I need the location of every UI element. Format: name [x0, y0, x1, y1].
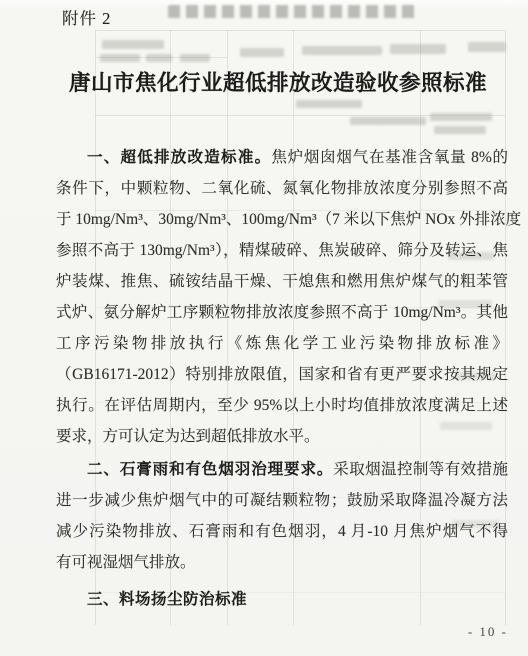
text-line: 进一步减少焦炉烟气中的可凝结颗粒物；鼓励采取降温冷凝方法: [56, 485, 508, 516]
text-line: 执行。在评估周期内，至少 95%以上小时均值排放浓度满足上述: [56, 390, 508, 421]
body-text-segment: 执行。在评估周期内，至少 95%以上小时均值排放浓度满足上述: [56, 397, 508, 414]
body-text-segment: 条件下，中颗粒物、二氧化硫、氮氧化物排放浓度分别参照不高: [56, 180, 508, 197]
attachment-label: 附件 2: [62, 5, 111, 29]
body-text-segment: 参照不高于 130mg/Nm³），精煤破碎、焦炭破碎、筛分及转运、焦: [56, 242, 508, 259]
section-heading-text: 三、料场扬尘防治标准: [87, 591, 247, 608]
text-line: 条件下，中颗粒物、二氧化硫、氮氧化物排放浓度分别参照不高: [56, 173, 508, 204]
body-text-segment: 减少污染物排放、石膏雨和有色烟羽，4 月-10 月焦炉烟气不得: [56, 523, 508, 540]
text-line: 参照不高于 130mg/Nm³），精煤破碎、焦炭破碎、筛分及转运、焦: [56, 235, 508, 266]
text-line: 二、石膏雨和有色烟羽治理要求。采取烟温控制等有效措施: [56, 454, 508, 485]
body-text-segment: 工序污染物排放执行《炼焦化学工业污染物排放标准》: [56, 335, 508, 352]
body-text-segment: 炉装煤、推焦、硫铵结晶干燥、干熄焦和燃用焦炉煤气的粗苯管: [56, 273, 508, 290]
document-content: 附件 2 唐山市焦化行业超低排放改造验收参照标准 一、超低排放改造标准。焦炉烟囱…: [0, 0, 528, 656]
body-text-segment: 于 10mg/Nm³、30mg/Nm³、100mg/Nm³（7 米以下焦炉 NO…: [56, 211, 521, 228]
text-line: 炉装煤、推焦、硫铵结晶干燥、干熄焦和燃用焦炉煤气的粗苯管: [56, 266, 508, 297]
text-line: 有可视湿烟气排放。: [56, 547, 508, 578]
section-heading-text: 一、超低排放改造标准。: [87, 149, 271, 166]
body-text: 一、超低排放改造标准。焦炉烟囱烟气在基准含氧量 8%的条件下，中颗粒物、二氧化硫…: [56, 140, 508, 615]
page-number: - 10 -: [468, 624, 508, 640]
page-title: 唐山市焦化行业超低排放改造验收参照标准: [34, 66, 522, 97]
body-text-segment: 要求，方可认定为达到超低排放水平。: [56, 428, 320, 445]
text-line: 于 10mg/Nm³、30mg/Nm³、100mg/Nm³（7 米以下焦炉 NO…: [56, 204, 508, 235]
text-line: （GB16171-2012）特别排放限值，国家和省有更严要求按其规定: [56, 359, 508, 390]
section-heading-text: 二、石膏雨和有色烟羽治理要求。: [87, 461, 333, 478]
body-text-segment: （GB16171-2012）特别排放限值，国家和省有更严要求按其规定: [56, 366, 508, 383]
body-text-segment: 焦炉烟囱烟气在基准含氧量 8%的: [271, 149, 508, 166]
body-text-segment: 有可视湿烟气排放。: [56, 554, 196, 571]
text-line: 三、料场扬尘防治标准: [56, 584, 508, 615]
text-line: 工序污染物排放执行《炼焦化学工业污染物排放标准》: [56, 328, 508, 359]
body-text-segment: 进一步减少焦炉烟气中的可凝结颗粒物；鼓励采取降温冷凝方法: [56, 492, 508, 509]
text-line: 式炉、氨分解炉工序颗粒物排放浓度参照不高于 10mg/Nm³。其他: [56, 297, 508, 328]
text-line: 一、超低排放改造标准。焦炉烟囱烟气在基准含氧量 8%的: [56, 142, 508, 173]
text-line: 要求，方可认定为达到超低排放水平。: [56, 421, 508, 452]
text-line: 减少污染物排放、石膏雨和有色烟羽，4 月-10 月焦炉烟气不得: [56, 516, 508, 547]
document-page: 附件 2 唐山市焦化行业超低排放改造验收参照标准 一、超低排放改造标准。焦炉烟囱…: [0, 0, 528, 656]
body-text-segment: 采取烟温控制等有效措施: [333, 461, 508, 478]
body-text-segment: 式炉、氨分解炉工序颗粒物排放浓度参照不高于 10mg/Nm³。其他: [56, 304, 508, 321]
